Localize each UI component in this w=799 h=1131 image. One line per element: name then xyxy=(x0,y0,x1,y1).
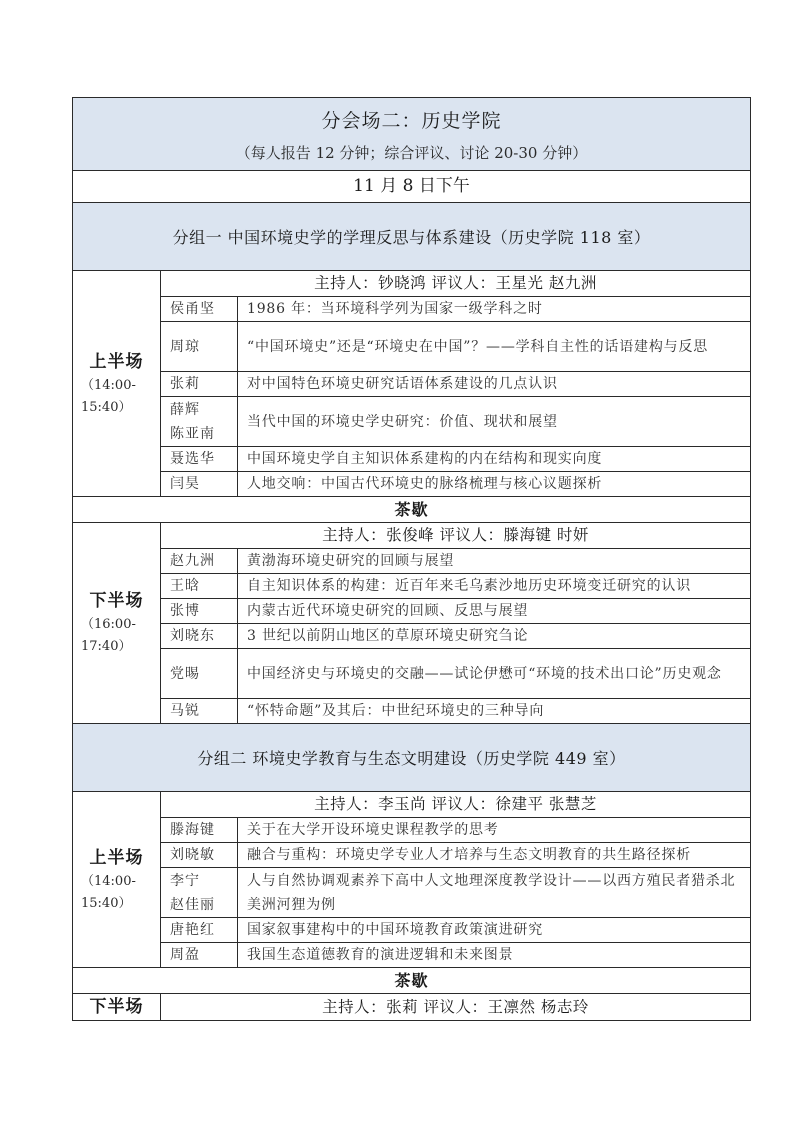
talk-row: 侯甬坚 1986 年：当环境科学列为国家一级学科之时 xyxy=(73,297,751,322)
session-label: 上半场 （14:00- 15:40） xyxy=(73,792,161,968)
speaker: 周琼 xyxy=(161,322,238,372)
speaker: 刘晓敏 xyxy=(161,843,238,868)
speaker-name: 李宁 xyxy=(170,869,237,893)
talk-row: 周琼 “中国环境史”还是“环境史在中国”？——学科自主性的话语建构与反思 xyxy=(73,322,751,372)
session-name: 下半场 xyxy=(73,994,160,1020)
talk-topic: “怀特命题”及其后：中世纪环境史的三种导向 xyxy=(238,699,751,724)
talk-row: 唐艳红 国家叙事建构中的中国环境教育政策演进研究 xyxy=(73,918,751,943)
time-rules: （每人报告 12 分钟；综合评议、讨论 20-30 分钟） xyxy=(73,138,750,168)
session-name: 上半场 xyxy=(73,349,160,375)
host-row: 下半场 （16:00- 17:40） 主持人：张俊峰 评议人：滕海键 时妍 xyxy=(73,523,751,549)
session-time-start: （14:00- xyxy=(81,378,136,393)
talk-topic: 当代中国的环境史学史研究：价值、现状和展望 xyxy=(238,397,751,447)
host-info: 主持人：钞晓鸿 评议人：王星光 赵九洲 xyxy=(161,271,751,297)
host-row: 上半场 （14:00- 15:40） 主持人：钞晓鸿 评议人：王星光 赵九洲 xyxy=(73,271,751,297)
talk-topic: 黄渤海环境史研究的回顾与展望 xyxy=(238,549,751,574)
talk-topic: 我国生态道德教育的演进逻辑和未来图景 xyxy=(238,943,751,968)
session-label: 下半场 （16:00- 17:40） xyxy=(73,523,161,724)
host-info: 主持人：李玉尚 评议人：徐建平 张慧芝 xyxy=(161,792,751,818)
session-time-end: 15:40） xyxy=(81,400,131,415)
title-cell: 分会场二：历史学院 （每人报告 12 分钟；综合评议、讨论 20-30 分钟） xyxy=(73,98,751,171)
session-time: （16:00- 17:40） xyxy=(73,614,160,658)
talk-row: 周盈 我国生态道德教育的演进逻辑和未来图景 xyxy=(73,943,751,968)
speaker-name: 闫昊 xyxy=(170,472,237,496)
talk-row: 王晗 自主知识体系的构建：近百年来毛乌素沙地历史环境变迁研究的认识 xyxy=(73,574,751,599)
speaker-name: 党晹 xyxy=(170,662,237,686)
tea-break: 茶歇 xyxy=(73,968,751,994)
session-label: 下半场 xyxy=(73,994,161,1021)
talk-topic: 人与自然协调观素养下高中人文地理深度教学设计——以西方殖民者猎杀北美洲河狸为例 xyxy=(238,868,751,918)
speaker: 党晹 xyxy=(161,649,238,699)
speaker: 张莉 xyxy=(161,372,238,397)
session-label: 上半场 （14:00- 15:40） xyxy=(73,271,161,497)
talk-row: 滕海键 关于在大学开设环境史课程教学的思考 xyxy=(73,818,751,843)
talk-row: 李宁 赵佳丽 人与自然协调观素养下高中人文地理深度教学设计——以西方殖民者猎杀北… xyxy=(73,868,751,918)
speaker-name: 薛辉 xyxy=(170,398,237,422)
talk-row: 张博 内蒙古近代环境史研究的回顾、反思与展望 xyxy=(73,599,751,624)
speaker: 王晗 xyxy=(161,574,238,599)
session-time: （14:00- 15:40） xyxy=(73,871,160,915)
speaker: 李宁 赵佳丽 xyxy=(161,868,238,918)
talk-row: 刘晓敏 融合与重构：环境史学专业人才培养与生态文明教育的共生路径探析 xyxy=(73,843,751,868)
speaker-name: 周琼 xyxy=(170,335,237,359)
talk-row: 马锐 “怀特命题”及其后：中世纪环境史的三种导向 xyxy=(73,699,751,724)
speaker-name: 刘晓敏 xyxy=(170,843,237,867)
speaker: 刘晓东 xyxy=(161,624,238,649)
talk-topic: 中国环境史学自主知识体系建构的内在结构和现实向度 xyxy=(238,447,751,472)
speaker: 薛辉 陈亚南 xyxy=(161,397,238,447)
host-row: 下半场 主持人：张莉 评议人：王凛然 杨志玲 xyxy=(73,994,751,1021)
date-label: 11 月 8 日下午 xyxy=(73,171,751,203)
speaker-name: 陈亚南 xyxy=(170,422,237,446)
group-2-title: 分组二 环境史学教育与生态文明建设（历史学院 449 室） xyxy=(73,724,751,792)
speaker-name: 赵九洲 xyxy=(170,549,237,573)
break-row: 茶歇 xyxy=(73,497,751,523)
session-name: 下半场 xyxy=(73,588,160,614)
speaker-name: 赵佳丽 xyxy=(170,893,237,917)
speaker: 聂选华 xyxy=(161,447,238,472)
group-header-row: 分组一 中国环境史学的学理反思与体系建设（历史学院 118 室） xyxy=(73,203,751,271)
date-row: 11 月 8 日下午 xyxy=(73,171,751,203)
session-name: 上半场 xyxy=(73,845,160,871)
speaker: 张博 xyxy=(161,599,238,624)
talk-topic: 关于在大学开设环境史课程教学的思考 xyxy=(238,818,751,843)
speaker: 侯甬坚 xyxy=(161,297,238,322)
speaker-name: 马锐 xyxy=(170,699,237,723)
talk-topic: 自主知识体系的构建：近百年来毛乌素沙地历史环境变迁研究的认识 xyxy=(238,574,751,599)
speaker-name: 张博 xyxy=(170,599,237,623)
session-time-start: （16:00- xyxy=(81,617,136,632)
talk-row: 赵九洲 黄渤海环境史研究的回顾与展望 xyxy=(73,549,751,574)
talk-row: 党晹 中国经济史与环境史的交融——试论伊懋可“环境的技术出口论”历史观念 xyxy=(73,649,751,699)
schedule-page: 分会场二：历史学院 （每人报告 12 分钟；综合评议、讨论 20-30 分钟） … xyxy=(72,97,750,1021)
session-time-start: （14:00- xyxy=(81,874,136,889)
speaker-name: 周盈 xyxy=(170,943,237,967)
speaker-name: 王晗 xyxy=(170,574,237,598)
speaker-name: 张莉 xyxy=(170,372,237,396)
speaker: 马锐 xyxy=(161,699,238,724)
talk-topic: 1986 年：当环境科学列为国家一级学科之时 xyxy=(238,297,751,322)
talk-row: 薛辉 陈亚南 当代中国的环境史学史研究：价值、现状和展望 xyxy=(73,397,751,447)
host-info: 主持人：张莉 评议人：王凛然 杨志玲 xyxy=(161,994,751,1021)
talk-row: 闫昊 人地交响：中国古代环境史的脉络梳理与核心议题探析 xyxy=(73,472,751,497)
talk-topic: 国家叙事建构中的中国环境教育政策演进研究 xyxy=(238,918,751,943)
speaker-name: 刘晓东 xyxy=(170,624,237,648)
speaker: 赵九洲 xyxy=(161,549,238,574)
speaker-name: 侯甬坚 xyxy=(170,297,237,321)
speaker: 唐艳红 xyxy=(161,918,238,943)
talk-row: 聂选华 中国环境史学自主知识体系建构的内在结构和现实向度 xyxy=(73,447,751,472)
speaker: 闫昊 xyxy=(161,472,238,497)
host-info: 主持人：张俊峰 评议人：滕海键 时妍 xyxy=(161,523,751,549)
speaker-name: 滕海键 xyxy=(170,818,237,842)
talk-topic: 中国经济史与环境史的交融——试论伊懋可“环境的技术出口论”历史观念 xyxy=(238,649,751,699)
session-time-end: 17:40） xyxy=(81,639,131,654)
tea-break: 茶歇 xyxy=(73,497,751,523)
talk-topic: 3 世纪以前阴山地区的草原环境史研究刍论 xyxy=(238,624,751,649)
break-row: 茶歇 xyxy=(73,968,751,994)
talk-row: 刘晓东 3 世纪以前阴山地区的草原环境史研究刍论 xyxy=(73,624,751,649)
talk-topic: 人地交响：中国古代环境史的脉络梳理与核心议题探析 xyxy=(238,472,751,497)
talk-topic: 内蒙古近代环境史研究的回顾、反思与展望 xyxy=(238,599,751,624)
speaker: 周盈 xyxy=(161,943,238,968)
title-row: 分会场二：历史学院 （每人报告 12 分钟；综合评议、讨论 20-30 分钟） xyxy=(73,98,751,171)
talk-topic: 对中国特色环境史研究话语体系建设的几点认识 xyxy=(238,372,751,397)
talk-topic: 融合与重构：环境史学专业人才培养与生态文明教育的共生路径探析 xyxy=(238,843,751,868)
session-time: （14:00- 15:40） xyxy=(73,375,160,419)
speaker-name: 聂选华 xyxy=(170,447,237,471)
group-header-row: 分组二 环境史学教育与生态文明建设（历史学院 449 室） xyxy=(73,724,751,792)
host-row: 上半场 （14:00- 15:40） 主持人：李玉尚 评议人：徐建平 张慧芝 xyxy=(73,792,751,818)
venue-title: 分会场二：历史学院 xyxy=(73,100,750,138)
schedule-table: 分会场二：历史学院 （每人报告 12 分钟；综合评议、讨论 20-30 分钟） … xyxy=(72,97,751,1021)
group-1-title: 分组一 中国环境史学的学理反思与体系建设（历史学院 118 室） xyxy=(73,203,751,271)
talk-row: 张莉 对中国特色环境史研究话语体系建设的几点认识 xyxy=(73,372,751,397)
talk-topic: “中国环境史”还是“环境史在中国”？——学科自主性的话语建构与反思 xyxy=(238,322,751,372)
speaker: 滕海键 xyxy=(161,818,238,843)
speaker-name: 唐艳红 xyxy=(170,918,237,942)
session-time-end: 15:40） xyxy=(81,896,131,911)
